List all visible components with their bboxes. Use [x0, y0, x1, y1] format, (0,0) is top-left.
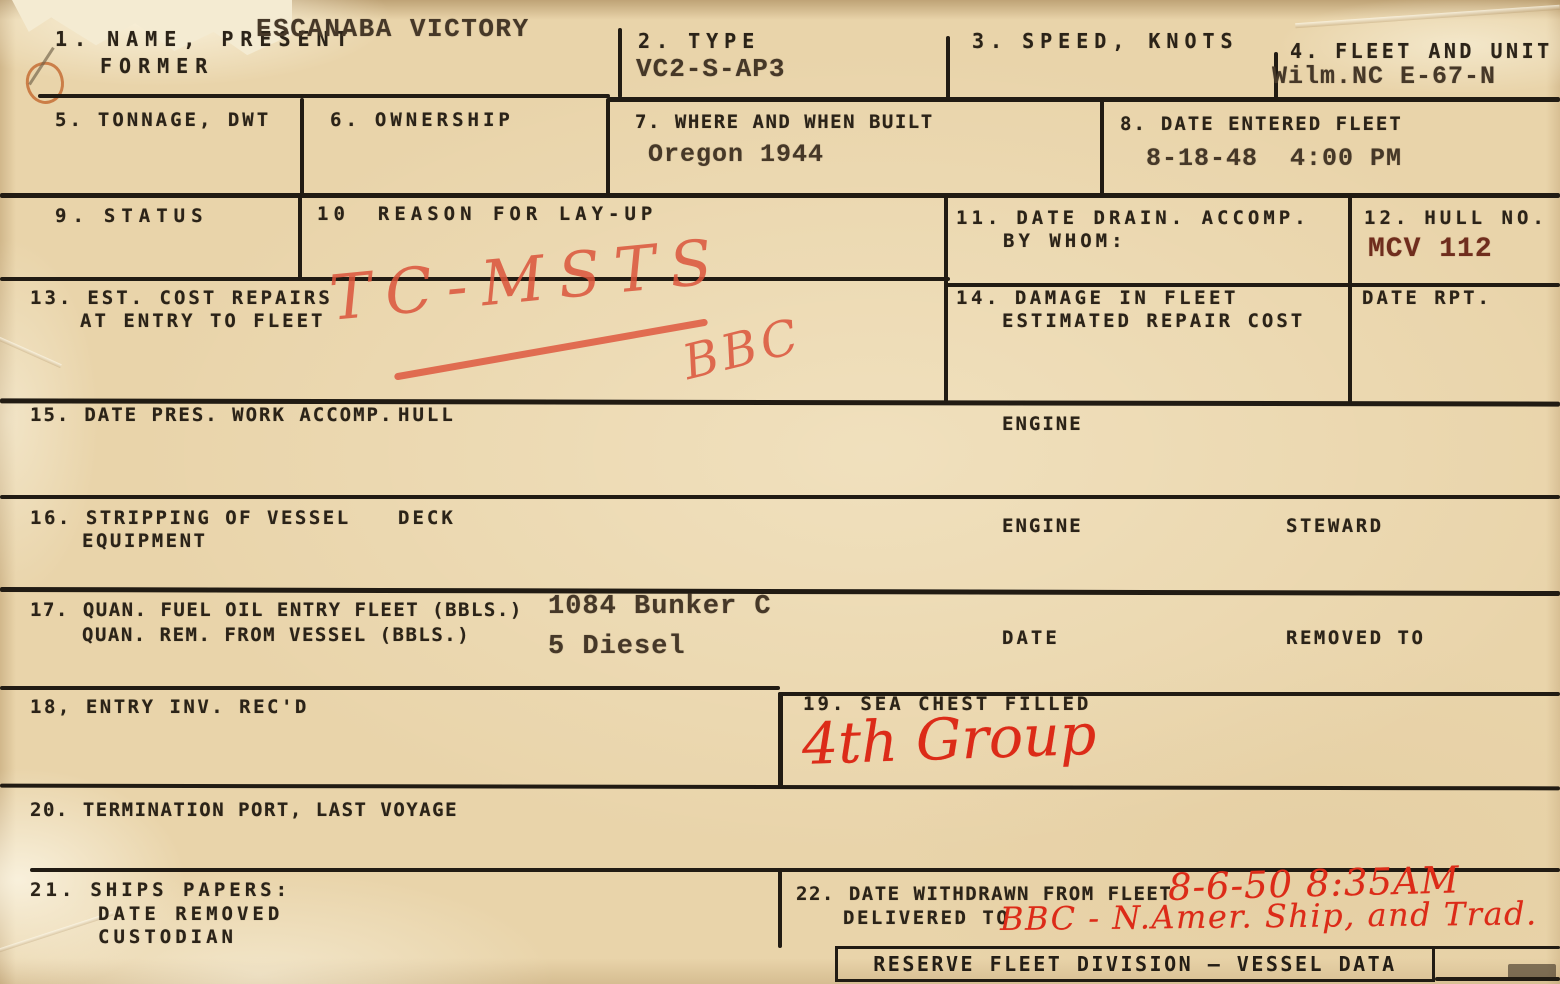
footer-title-box: RESERVE FLEET DIVISION – VESSEL DATA [835, 946, 1435, 982]
field-9-status: 9. STATUS [55, 206, 209, 228]
field-17-value-line2: 5 Diesel [548, 632, 686, 662]
field-number: 7. [635, 112, 661, 134]
field-number: 6. [330, 110, 361, 132]
field-14-damage-in-fleet: 14. DAMAGE IN FLEET [956, 288, 1239, 310]
divider-7-8 [1100, 98, 1104, 195]
field-label: OWNERSHIP [375, 110, 514, 132]
handwritten-underline-stroke [394, 318, 708, 380]
field-8-date-entered-fleet: 8. DATE ENTERED FLEET [1120, 114, 1403, 136]
field-12-hull-no: 12. HULL NO. [1364, 208, 1548, 230]
divider-6-7 [606, 98, 610, 195]
field-label: TYPE [688, 30, 760, 53]
field-7-value: Oregon 1944 [648, 140, 824, 169]
field-label: QUAN. FUEL OIL ENTRY FLEET (BBLS.) [83, 600, 523, 622]
footer-title: RESERVE FLEET DIVISION – VESSEL DATA [873, 952, 1396, 976]
rule-row6 [0, 587, 1560, 596]
field-4-value: Wilm.NC E-67-N [1272, 62, 1496, 91]
field-number: 18, [30, 697, 72, 719]
field-number: 17. [30, 600, 69, 622]
field-label: STRIPPING OF VESSEL [86, 508, 351, 530]
field-8-value: 8-18-48 4:00 PM [1146, 144, 1402, 173]
field-label: ENTRY INV. REC'D [86, 697, 309, 719]
field-17-sublabel: QUAN. REM. FROM VESSEL (BBLS.) [82, 625, 470, 647]
field-7-where-when-built: 7. WHERE AND WHEN BUILT [635, 112, 934, 134]
divider-21-22 [778, 868, 782, 948]
field-21-ships-papers: 21. SHIPS PAPERS: [30, 880, 291, 902]
field-number: 2. [638, 30, 674, 53]
field-number: 5. [55, 110, 84, 132]
handwritten-4th-group: 4th Group [801, 702, 1097, 778]
field-label: DAMAGE IN FLEET [1015, 288, 1239, 310]
field-6-ownership: 6. OWNERSHIP [330, 110, 514, 132]
crease-left-middle [0, 336, 62, 368]
field-1-value: ESCANABA VICTORY [256, 14, 530, 44]
field-2-type: 2. TYPE [638, 30, 760, 53]
rule-footer-top [1432, 946, 1560, 949]
field-label: HULL NO. [1424, 208, 1548, 230]
field-16-deck-column-label: DECK [398, 508, 456, 530]
field-3-speed-knots: 3. SPEED, KNOTS [972, 30, 1239, 53]
field-label: FLEET AND UNIT [1335, 40, 1553, 63]
field-label: TERMINATION PORT, LAST VOYAGE [83, 800, 458, 822]
field-16-stripping-of-vessel: 16. STRIPPING OF VESSEL [30, 508, 351, 530]
field-5-tonnage: 5. TONNAGE, DWT [55, 110, 271, 132]
field-22-delivered-to-label: DELIVERED TO [843, 908, 1010, 930]
rule-row7-left [0, 686, 780, 690]
handwritten-delivered-to: BBC - N.Amer. Ship, and Trad. [1000, 894, 1538, 938]
field-18-entry-inv-recd: 18, ENTRY INV. REC'D [30, 697, 309, 719]
field-2-value: VC2-S-AP3 [636, 54, 785, 84]
field-number: 20. [30, 800, 69, 822]
field-number: 16. [30, 508, 72, 530]
field-number: 8. [1120, 114, 1147, 136]
field-17-date-column-label: DATE [1002, 628, 1060, 650]
rule-row2 [0, 193, 1560, 198]
field-11-date-drain: 11. DATE DRAIN. ACCOMP. [956, 208, 1310, 230]
field-12-value: MCV 112 [1368, 234, 1493, 265]
field-1-former-label: FORMER [100, 55, 214, 78]
vessel-data-card: 1. NAME, PRESENT FORMER ESCANABA VICTORY… [0, 0, 1560, 984]
field-15-date-pres-work: 15. DATE PRES. WORK ACCOMP. [30, 405, 393, 427]
field-16-engine-column-label: ENGINE [1002, 516, 1083, 538]
field-label: DATE PRES. WORK ACCOMP. [84, 405, 393, 427]
field-17-removed-to-column-label: REMOVED TO [1286, 628, 1425, 650]
field-label: EST. COST REPAIRS [87, 288, 332, 310]
field-17-value-line1: 1084 Bunker C [548, 592, 772, 622]
field-20-termination-port: 20. TERMINATION PORT, LAST VOYAGE [30, 800, 458, 822]
field-21-date-removed-label: DATE REMOVED [98, 904, 283, 926]
divider-10-11 [944, 195, 948, 403]
field-number: 13. [30, 288, 73, 310]
field-number: 15. [30, 405, 70, 427]
field-14-sublabel: ESTIMATED REPAIR COST [1002, 311, 1305, 333]
field-label: SHIPS PAPERS: [90, 880, 291, 902]
field-17-fuel-oil: 17. QUAN. FUEL OIL ENTRY FLEET (BBLS.) [30, 600, 523, 622]
field-13-sublabel: AT ENTRY TO FLEET [80, 311, 325, 333]
field-label: SPEED, KNOTS [1022, 30, 1239, 53]
field-number: 9. [55, 206, 90, 228]
field-number: 10 [317, 204, 350, 226]
field-15-engine-column-label: ENGINE [1002, 414, 1083, 436]
field-label: REASON FOR LAY-UP [378, 204, 657, 226]
rule-footer-bottom [1435, 977, 1560, 981]
divider-1-2 [618, 28, 622, 98]
field-number: 3. [972, 30, 1008, 53]
field-21-custodian-label: CUSTODIAN [98, 927, 237, 949]
field-label: DATE DRAIN. ACCOMP. [1016, 208, 1309, 230]
field-15-hull-column-label: HULL [398, 405, 456, 427]
rule-row5 [0, 495, 1560, 499]
divider-2-3 [946, 36, 950, 100]
field-16-equipment-label: EQUIPMENT [82, 531, 207, 553]
crease-bottom-left [0, 912, 114, 953]
field-number: 22. [796, 884, 835, 906]
field-14-date-rpt-label: DATE RPT. [1362, 288, 1492, 310]
field-label: STATUS [104, 206, 209, 228]
divider-5-6 [300, 98, 304, 195]
field-11-by-whom-label: BY WHOM: [1003, 231, 1127, 253]
field-number: 4. [1290, 40, 1321, 63]
field-number: 12. [1364, 208, 1410, 230]
field-16-steward-column-label: STEWARD [1286, 516, 1384, 538]
rule-row1-left [38, 94, 610, 98]
handwritten-tc-msts: TC-MSTS [327, 224, 730, 335]
field-label: TONNAGE, DWT [98, 110, 271, 132]
field-number: 1. [55, 28, 93, 51]
divider-11-12 [1348, 195, 1352, 403]
rule-row1-right [608, 97, 1560, 102]
crease-top-right [1295, 5, 1560, 28]
field-10-reason-for-layup: 10 REASON FOR LAY-UP [317, 204, 657, 226]
divider-18-19 [778, 692, 783, 788]
field-13-est-cost-repairs: 13. EST. COST REPAIRS [30, 288, 333, 310]
divider-9-10 [298, 195, 302, 279]
field-4-fleet-and-unit: 4. FLEET AND UNIT [1290, 40, 1553, 63]
field-number: 11. [956, 208, 1002, 230]
field-number: 21. [30, 880, 76, 902]
field-label: WHERE AND WHEN BUILT [675, 112, 934, 134]
field-number: 14. [956, 288, 1001, 310]
field-label: DATE ENTERED FLEET [1161, 114, 1403, 136]
